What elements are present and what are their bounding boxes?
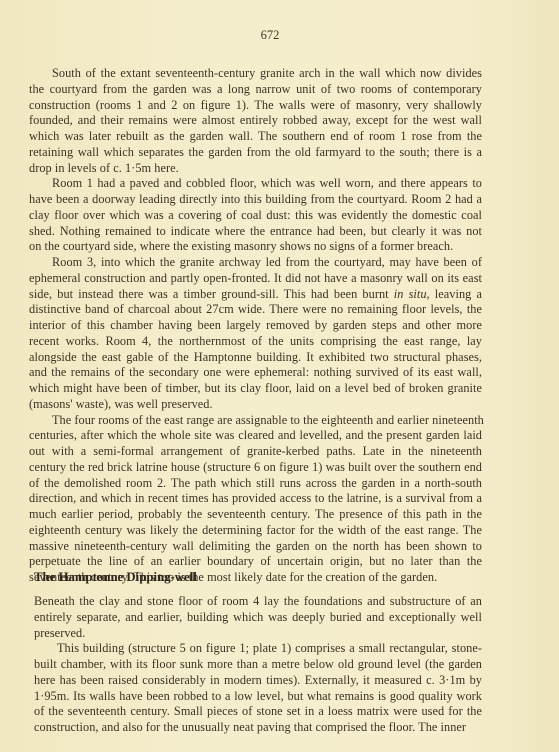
text-line: construction, and also for the unusually… (34, 720, 482, 736)
text-line: centuries, after which the whole site wa… (29, 428, 482, 444)
text-line: construction (rooms 1 and 2 on figure 1)… (29, 98, 482, 114)
text-line: on the courtyard side, where the existin… (29, 239, 482, 255)
text-line: Beneath the clay and stone floor of room… (34, 594, 482, 610)
text-line: of the seventeenth century. Small pieces… (34, 704, 482, 720)
section-heading: The Hamptonne Dipping-well (34, 570, 197, 585)
text-line: here has been raised considerably in mod… (34, 673, 482, 689)
page-number: 672 (0, 28, 540, 43)
text-line: alongside the east gable of the Hamptonn… (29, 350, 482, 366)
text-line: the courtyard from the garden was a long… (29, 82, 482, 98)
text-line: Room 1 had a paved and cobbled floor, wh… (29, 176, 482, 192)
text-line: which was later rebuilt as the garden wa… (29, 129, 482, 145)
body-text-section-2: Beneath the clay and stone floor of room… (34, 594, 482, 736)
text-line: distinctive band of charcoal about 27cm … (29, 302, 482, 318)
text-line: ephemeral construction and partly open-f… (29, 271, 482, 287)
text-line: eighteenth century was likely the determ… (29, 523, 482, 539)
text-line: much earlier period, probably the sevent… (29, 507, 482, 523)
text-line: This building (structure 5 on figure 1; … (34, 641, 482, 657)
paragraph-5: Beneath the clay and stone floor of room… (34, 594, 482, 641)
text-line: 1·95m. Its walls have been robbed to a l… (34, 689, 482, 705)
text-line: (masons' waste), was well preserved. (29, 397, 482, 413)
text-line: built chamber, with its floor sunk more … (34, 657, 482, 673)
text-line: shed. Nothing remained to indicate where… (29, 224, 482, 240)
text-line: century the red brick latrine house (str… (29, 460, 482, 476)
paragraph-1: South of the extant seventeenth-century … (29, 66, 482, 176)
text-line: founded, and their remains were almost e… (29, 113, 482, 129)
text-line: recent works. Room 4, the northernmost o… (29, 334, 482, 350)
text-line: which might have been of timber, but its… (29, 381, 482, 397)
text-line: retaining wall which separates the garde… (29, 145, 482, 161)
text-line: drop in levels of c. 1·5m here. (29, 161, 482, 177)
text-line: of the demolished room 2. The path which… (29, 476, 482, 492)
text-line: Room 3, into which the granite archway l… (29, 255, 482, 271)
text-line: South of the extant seventeenth-century … (29, 66, 482, 82)
text-line: entirely separate, and earlier, building… (34, 610, 482, 626)
text-line: have been a doorway leading directly int… (29, 192, 482, 208)
text-line: out with a semi-formal arrangement of gr… (29, 444, 482, 460)
body-text-section-1: South of the extant seventeenth-century … (29, 66, 482, 586)
text-line: and the remains of the secondary one wer… (29, 365, 482, 381)
paragraph-3: Room 3, into which the granite archway l… (29, 255, 482, 413)
paragraph-6: This building (structure 5 on figure 1; … (34, 641, 482, 736)
text-line: perpetuate the line of an earlier bounda… (29, 554, 482, 570)
paragraph-4: The four rooms of the east range are ass… (29, 413, 482, 586)
text-line: clay floor over which was a covering of … (29, 208, 482, 224)
text-line: massive nineteenth-century wall delimiti… (29, 539, 482, 555)
text-line: interior of this chamber having been lar… (29, 318, 482, 334)
text-line: direction, and which in recent times has… (29, 491, 482, 507)
text-line: side, but instead there was a timber gro… (29, 287, 482, 303)
text-line: preserved. (34, 626, 482, 642)
text-line: The four rooms of the east range are ass… (29, 413, 482, 429)
paragraph-2: Room 1 had a paved and cobbled floor, wh… (29, 176, 482, 255)
